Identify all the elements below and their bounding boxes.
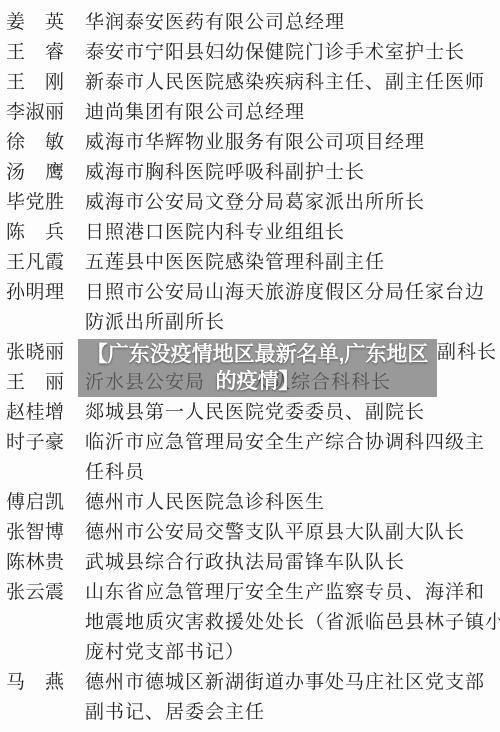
- person-title-line: 泰安市宁阳县妇幼保健院门诊手术室护士长: [85, 38, 500, 68]
- list-row: 徐敏威海市华辉物业服务有限公司项目经理: [6, 128, 500, 158]
- person-name: 王刚: [6, 68, 64, 98]
- person-title-text: 山东省应急管理厅安全生产监察专员、海洋和: [85, 578, 485, 608]
- person-title: 新泰市人民医院感染疾病科主任、副主任医师: [85, 68, 500, 98]
- person-title: 威海市胸科医院呼吸科副护士长: [85, 158, 500, 188]
- person-name: 汤鹰: [6, 158, 64, 188]
- person-title-line: 德州市德城区新湖街道办事处马庄社区党支部: [85, 668, 500, 698]
- person-title: 迪尚集团有限公司总经理: [85, 98, 500, 128]
- list-row: 赵桂增郯城县第一人民医院党委委员、副院长: [6, 398, 500, 428]
- person-title-text: 德州市公安局交警支队平原县大队副大队长: [85, 518, 465, 548]
- person-title-line: 庞村党支部书记）: [85, 638, 500, 668]
- person-title-text: 华润泰安医药有限公司总经理: [85, 8, 345, 38]
- list-row: 孙明理日照市公安局山海天旅游度假区分局任家台边防派出所副所长: [6, 278, 500, 338]
- list-row: 马燕德州市德城区新湖街道办事处马庄社区党支部副书记、居委会主任: [6, 668, 500, 728]
- person-title: 威海市公安局文登分局葛家派出所所长: [85, 188, 500, 218]
- person-title: 泰安市宁阳县妇幼保健院门诊手术室护士长: [85, 38, 500, 68]
- person-title-text: 防派出所副所长: [85, 308, 225, 338]
- person-title-line: 地震地质灾害救援处处长（省派临邑县林子镇小: [85, 608, 500, 638]
- person-title: 华润泰安医药有限公司总经理: [85, 8, 500, 38]
- person-title-text: 威海市公安局文登分局葛家派出所所长: [85, 188, 425, 218]
- person-title-text: 武城县综合行政执法局雷锋车队队长: [85, 548, 405, 578]
- overlay-caption: 【广东没疫情地区最新名单,广东地区 的疫情】: [78, 339, 437, 397]
- person-title-text: 新泰市人民医院感染疾病科主任、副主任医师: [85, 68, 485, 98]
- person-name: 马燕: [6, 668, 64, 698]
- person-title-text: 泰安市宁阳县妇幼保健院门诊手术室护士长: [85, 38, 465, 68]
- person-title: 山东省应急管理厅安全生产监察专员、海洋和地震地质灾害救援处处长（省派临邑县林子镇…: [85, 578, 500, 668]
- person-name: 李淑丽: [6, 98, 64, 128]
- person-title-text: 迪尚集团有限公司总经理: [85, 98, 305, 128]
- person-title-line: 威海市胸科医院呼吸科副护士长: [85, 158, 500, 188]
- person-title-line: 德州市人民医院急诊科医生: [85, 488, 500, 518]
- person-title: 临沂市应急管理局安全生产综合协调科四级主任科员: [85, 428, 500, 488]
- person-name: 王凡霞: [6, 248, 64, 278]
- person-title-text: 威海市胸科医院呼吸科副护士长: [85, 158, 365, 188]
- person-name: 傅启凯: [6, 488, 64, 518]
- person-title-line: 新泰市人民医院感染疾病科主任、副主任医师: [85, 68, 500, 98]
- person-name: 陈林贵: [6, 548, 64, 578]
- person-title-text: 任科员: [85, 458, 145, 488]
- person-name: 赵桂增: [6, 398, 64, 428]
- person-title: 五莲县中医医院感染管理科副主任: [85, 248, 500, 278]
- list-row: 王睿泰安市宁阳县妇幼保健院门诊手术室护士长: [6, 38, 500, 68]
- person-title-line: 临沂市应急管理局安全生产综合协调科四级主: [85, 428, 500, 458]
- person-name: 王睿: [6, 38, 64, 68]
- person-title-text: 威海市华辉物业服务有限公司项目经理: [85, 128, 425, 158]
- overlay-caption-line1: 【广东没疫情地区最新名单,广东地区: [87, 341, 429, 368]
- list-row: 李淑丽迪尚集团有限公司总经理: [6, 98, 500, 128]
- person-name: 姜英: [6, 8, 64, 38]
- person-name: 陈兵: [6, 218, 64, 248]
- list-row: 汤鹰威海市胸科医院呼吸科副护士长: [6, 158, 500, 188]
- list-row: 傅启凯德州市人民医院急诊科医生: [6, 488, 500, 518]
- person-title-line: 任科员: [85, 458, 500, 488]
- person-title-line: 迪尚集团有限公司总经理: [85, 98, 500, 128]
- list-row: 姜英华润泰安医药有限公司总经理: [6, 8, 500, 38]
- person-title-line: 山东省应急管理厅安全生产监察专员、海洋和: [85, 578, 500, 608]
- person-name: 时子豪: [6, 428, 64, 458]
- person-name: 徐敏: [6, 128, 64, 158]
- person-title-text: 临沂市应急管理局安全生产综合协调科四级主: [85, 428, 485, 458]
- person-title: 德州市人民医院急诊科医生: [85, 488, 500, 518]
- person-title-text: 地震地质灾害救援处处长（省派临邑县林子镇小: [85, 608, 500, 638]
- person-title-text: 副书记、居委会主任: [85, 698, 265, 728]
- person-name: 毕党胜: [6, 188, 64, 218]
- person-title-text: 德州市人民医院急诊科医生: [85, 488, 325, 518]
- person-title: 郯城县第一人民医院党委委员、副院长: [85, 398, 500, 428]
- person-title-line: 五莲县中医医院感染管理科副主任: [85, 248, 500, 278]
- list-row: 张云震山东省应急管理厅安全生产监察专员、海洋和地震地质灾害救援处处长（省派临邑县…: [6, 578, 500, 668]
- person-title-text: 日照市公安局山海天旅游度假区分局任家台边: [85, 278, 485, 308]
- person-title-line: 日照港口医院内科专业组组长: [85, 218, 500, 248]
- list-row: 王刚新泰市人民医院感染疾病科主任、副主任医师: [6, 68, 500, 98]
- person-name: 张云震: [6, 578, 64, 608]
- person-title-line: 华润泰安医药有限公司总经理: [85, 8, 500, 38]
- person-title-text: 郯城县第一人民医院党委委员、副院长: [85, 398, 425, 428]
- list-row: 王凡霞五莲县中医医院感染管理科副主任: [6, 248, 500, 278]
- list-row: 张智博德州市公安局交警支队平原县大队副大队长: [6, 518, 500, 548]
- person-title-line: 日照市公安局山海天旅游度假区分局任家台边: [85, 278, 500, 308]
- person-title-line: 威海市公安局文登分局葛家派出所所长: [85, 188, 500, 218]
- person-title: 日照港口医院内科专业组组长: [85, 218, 500, 248]
- person-title: 武城县综合行政执法局雷锋车队队长: [85, 548, 500, 578]
- overlay-caption-line2: 的疫情】: [216, 368, 300, 395]
- person-title: 威海市华辉物业服务有限公司项目经理: [85, 128, 500, 158]
- person-title-line: 防派出所副所长: [85, 308, 500, 338]
- person-title-line: 武城县综合行政执法局雷锋车队队长: [85, 548, 500, 578]
- list-row: 陈林贵武城县综合行政执法局雷锋车队队长: [6, 548, 500, 578]
- person-title-line: 威海市华辉物业服务有限公司项目经理: [85, 128, 500, 158]
- person-name: 王丽: [6, 368, 64, 398]
- person-title: 德州市德城区新湖街道办事处马庄社区党支部副书记、居委会主任: [85, 668, 500, 728]
- person-title-line: 郯城县第一人民医院党委委员、副院长: [85, 398, 500, 428]
- list-row: 毕党胜威海市公安局文登分局葛家派出所所长: [6, 188, 500, 218]
- person-title: 日照市公安局山海天旅游度假区分局任家台边防派出所副所长: [85, 278, 500, 338]
- list-row: 时子豪临沂市应急管理局安全生产综合协调科四级主任科员: [6, 428, 500, 488]
- person-name: 张晓丽: [6, 338, 64, 368]
- person-name: 孙明理: [6, 278, 64, 308]
- person-title-line: 德州市公安局交警支队平原县大队副大队长: [85, 518, 500, 548]
- person-title-line: 副书记、居委会主任: [85, 698, 500, 728]
- person-title-text: 日照港口医院内科专业组组长: [85, 218, 345, 248]
- person-title-text: 五莲县中医医院感染管理科副主任: [85, 248, 385, 278]
- person-title-text: 德州市德城区新湖街道办事处马庄社区党支部: [85, 668, 485, 698]
- person-name: 张智博: [6, 518, 64, 548]
- person-title-text: 庞村党支部书记）: [85, 638, 245, 668]
- person-title-text: 副科长: [437, 338, 497, 368]
- person-title: 德州市公安局交警支队平原县大队副大队长: [85, 518, 500, 548]
- list-row: 陈兵日照港口医院内科专业组组长: [6, 218, 500, 248]
- document-page: 姜英华润泰安医药有限公司总经理王睿泰安市宁阳县妇幼保健院门诊手术室护士长王刚新泰…: [0, 0, 500, 732]
